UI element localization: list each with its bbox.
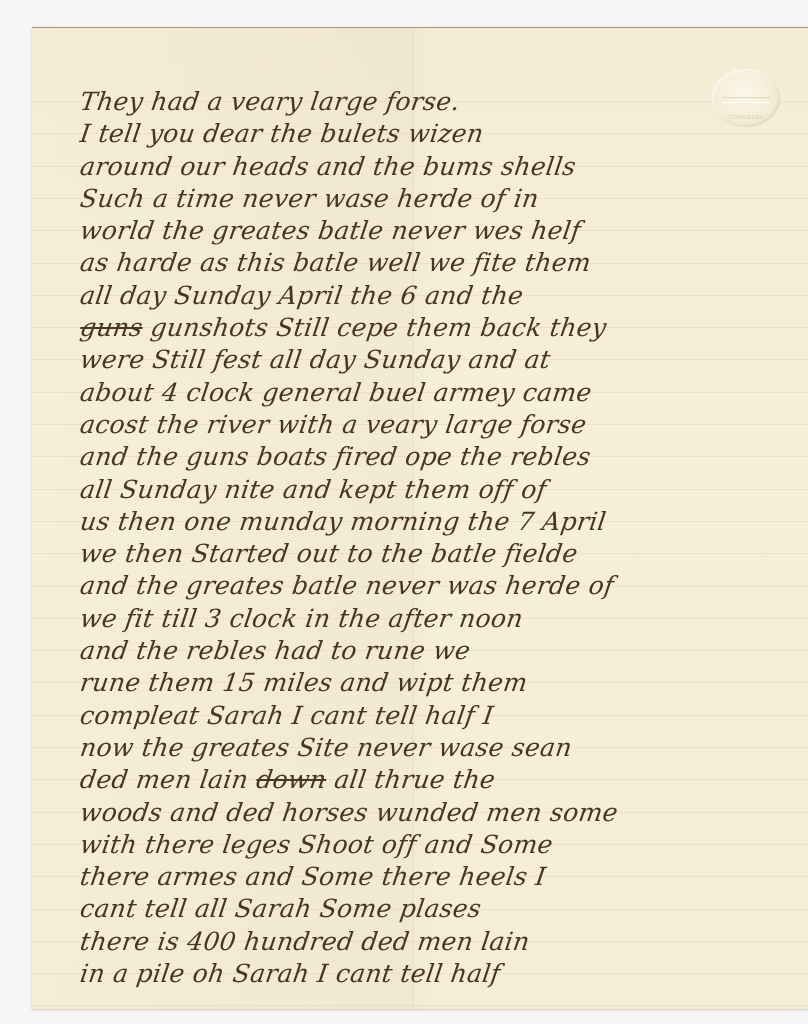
- letter-line-20: compleat Sarah I cant tell half I: [78, 700, 808, 732]
- letter-line-6: as harde as this batle well we fite them: [78, 247, 808, 279]
- letter-line-9: were Still fest all day Sunday and at: [78, 344, 808, 376]
- letter-line-1: They had a veary large forse.: [78, 86, 808, 118]
- letter-line-2: I tell you dear the bulets wizen: [78, 118, 808, 150]
- letter-line-21: now the greates Site never wase sean: [78, 732, 808, 764]
- letter-line-3: around our heads and the bums shells: [78, 151, 808, 183]
- struck-word: down: [254, 765, 328, 794]
- letter-line-10: about 4 clock general buel armey came: [78, 377, 808, 409]
- letter-line-17: we fit till 3 clock in the after noon: [78, 603, 808, 635]
- letter-line-19: rune them 15 miles and wipt them: [78, 667, 808, 699]
- letter-line-26: cant tell all Sarah Some plases: [78, 893, 808, 925]
- letter-line-28: in a pile oh Sarah I cant tell half: [78, 958, 808, 990]
- struck-word: guns: [78, 313, 144, 342]
- letter-line-15: we then Started out to the batle fielde: [78, 538, 808, 570]
- letter-line-25: there armes and Some there heels I: [78, 861, 808, 893]
- scan-background: CONGRESS They had a veary large forse. I…: [0, 0, 808, 1024]
- letter-line-23: woods and ded horses wunded men some: [78, 797, 808, 829]
- letter-line-12: and the guns boats fired ope the rebles: [78, 441, 808, 473]
- letter-line-27: there is 400 hundred ded men lain: [78, 926, 808, 958]
- letter-line-14: us then one munday morning the 7 April: [78, 506, 808, 538]
- letter-line-11: acost the river with a veary large forse: [78, 409, 808, 441]
- letter-line-16: and the greates batle never was herde of: [78, 570, 808, 602]
- letter-line-24: with there leges Shoot off and Some: [78, 829, 808, 861]
- letter-line-18: and the rebles had to rune we: [78, 635, 808, 667]
- letter-line-13: all Sunday nite and kept them off of: [78, 474, 808, 506]
- letter-line-4: Such a time never wase herde of in: [78, 183, 808, 215]
- ruled-line: [32, 1005, 808, 1006]
- handwritten-text: They had a veary large forse. I tell you…: [78, 86, 808, 990]
- letter-page: CONGRESS They had a veary large forse. I…: [32, 27, 808, 1009]
- letter-line-7: all day Sunday April the 6 and the: [78, 280, 808, 312]
- letter-line-8: guns gunshots Still cepe them back they: [78, 312, 808, 344]
- letter-line-22: ded men lain down all thrue the: [78, 764, 808, 796]
- letter-line-5: world the greates batle never wes helf: [78, 215, 808, 247]
